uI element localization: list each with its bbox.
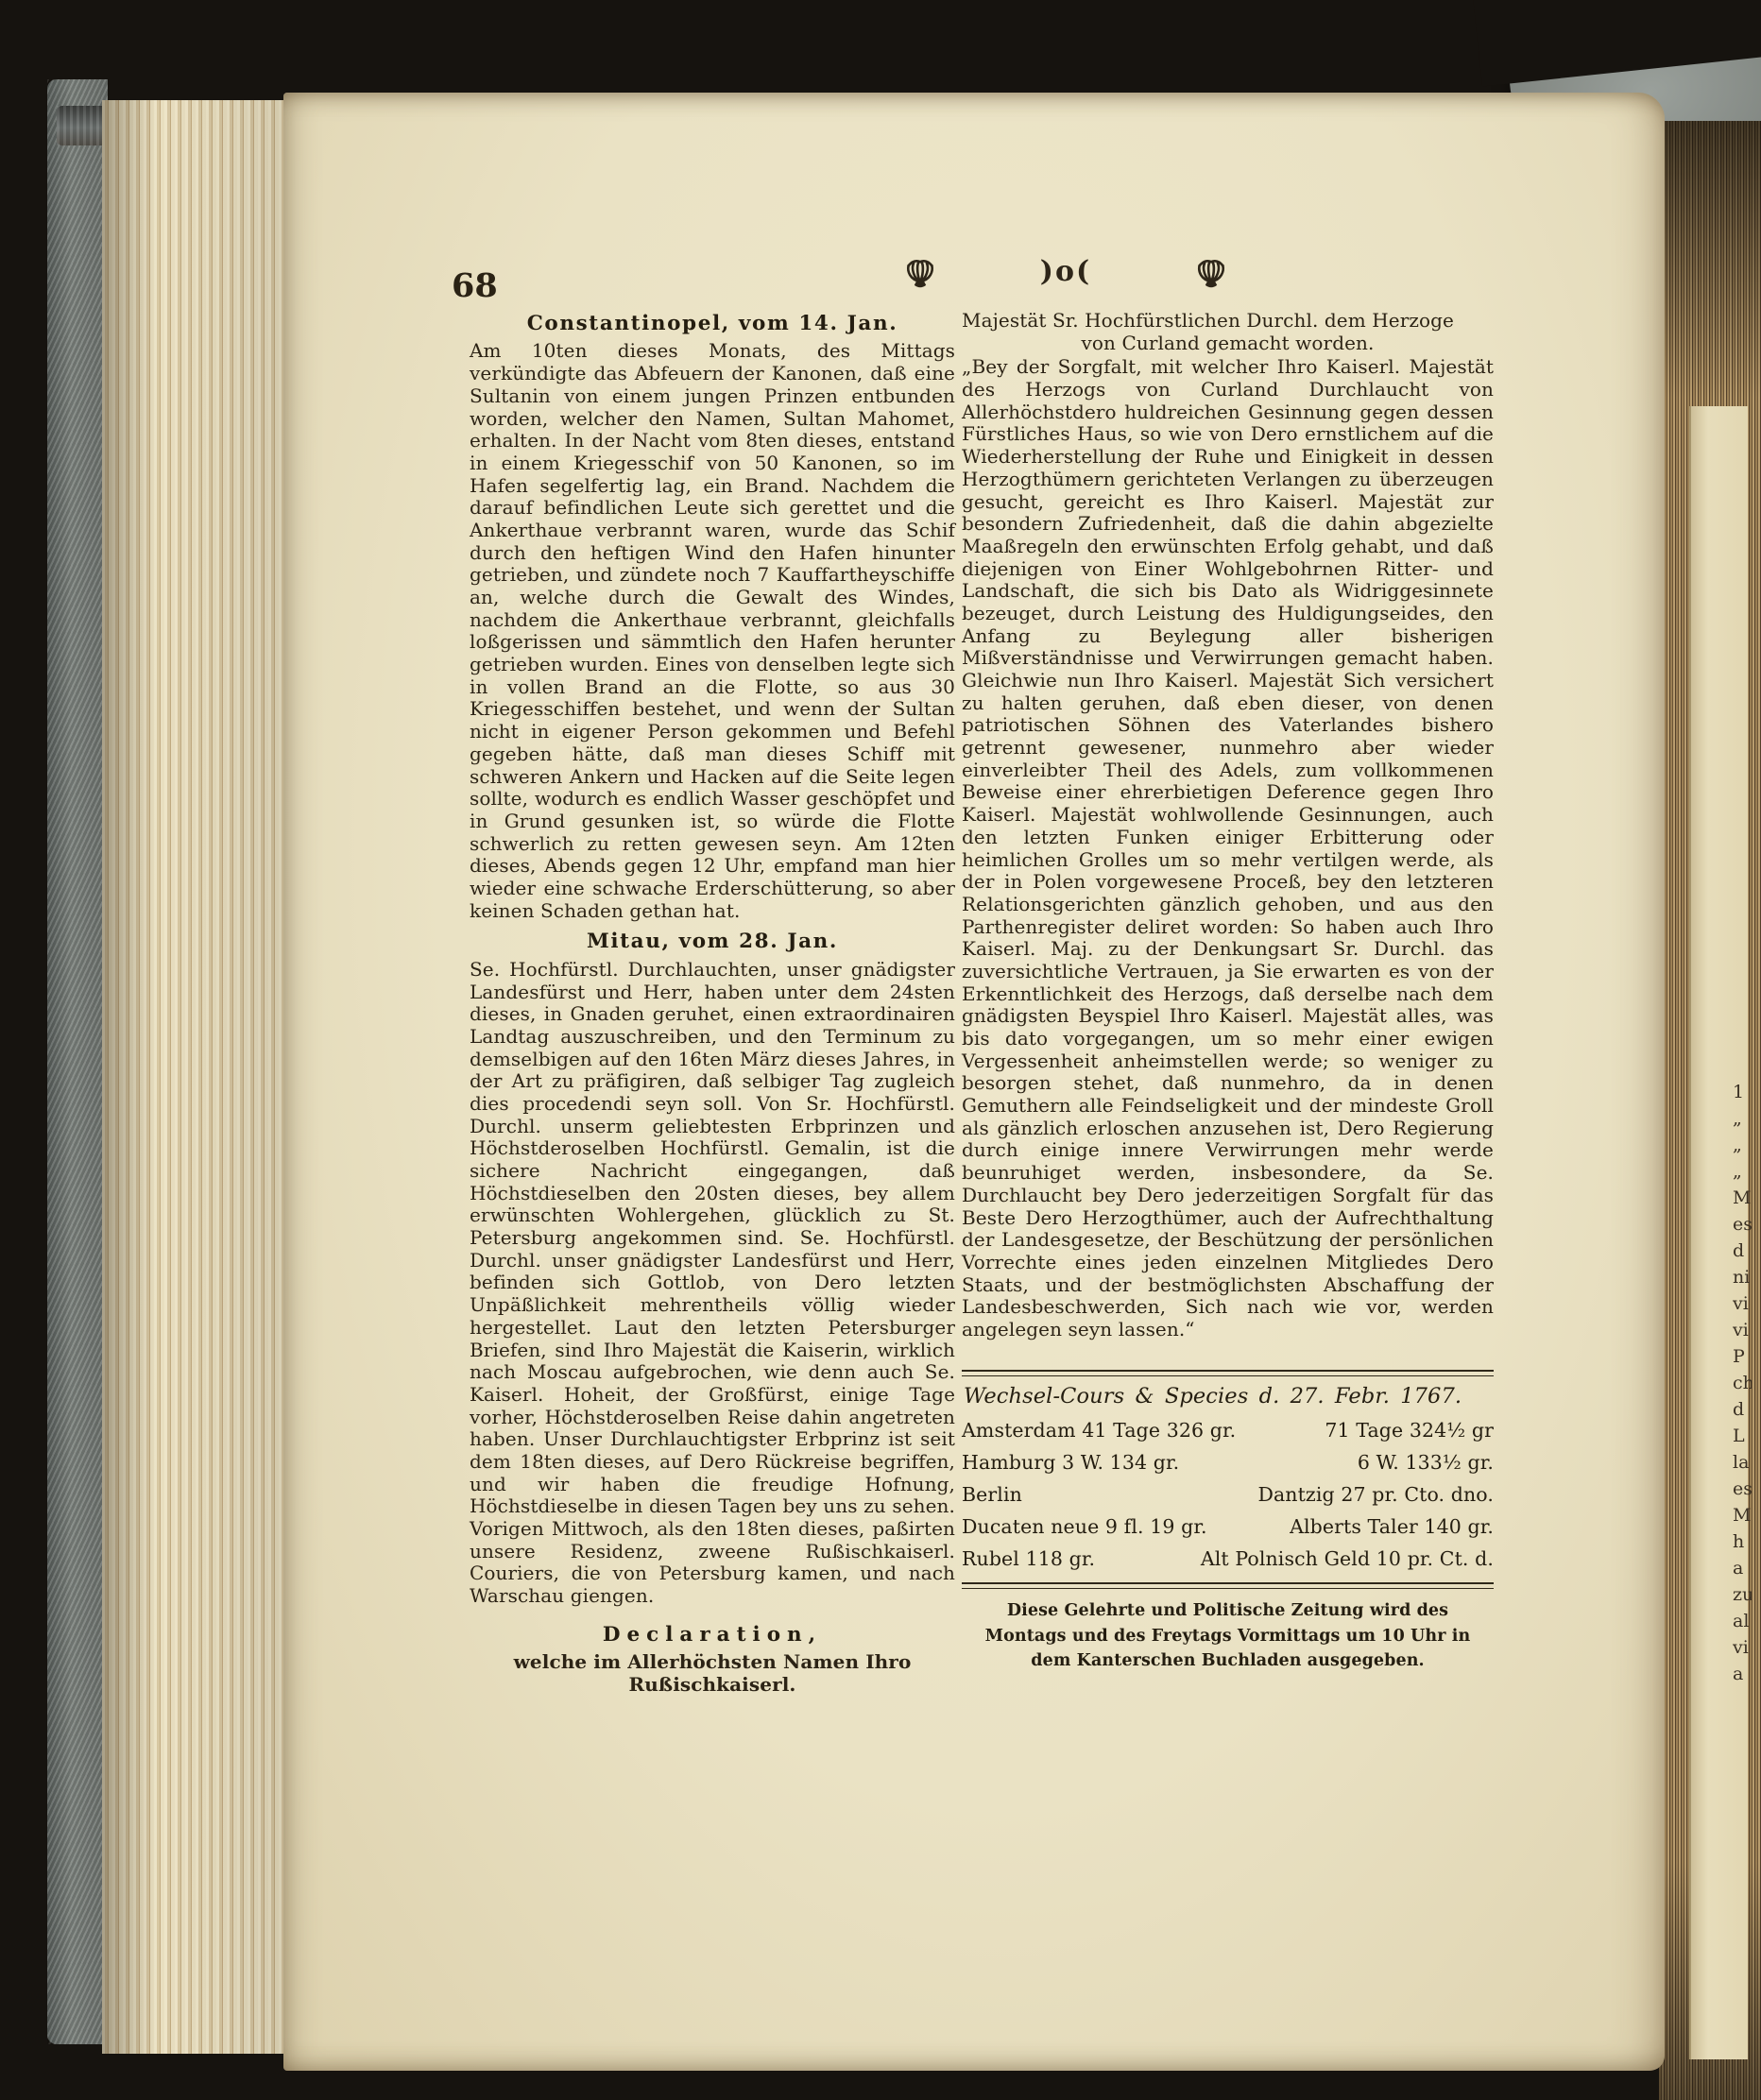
- exchange-cell: 71 Tage 324½ gr: [1325, 1414, 1494, 1446]
- article-heading-declaration: Declaration,: [470, 1623, 955, 1647]
- book-photo-scene: 1 „ „ „ M es d ni vi vi P ch d L la es M…: [0, 0, 1761, 2100]
- exchange-row: Rubel 118 gr. Alt Polnisch Geld 10 pr. C…: [962, 1543, 1494, 1575]
- page-number: 68: [452, 266, 498, 305]
- declaration-body-text: „Bey der Sorgfalt, mit welcher Ihro Kais…: [962, 356, 1494, 1340]
- article-heading-constantinopel: Constantinopel, vom 14. Jan.: [470, 312, 955, 335]
- book-page: 68 )o(: [283, 93, 1665, 2071]
- exchange-cell: Rubel 118 gr.: [962, 1543, 1095, 1575]
- exchange-table-title: Wechsel-Cours & Species d. 27. Febr. 176…: [962, 1384, 1494, 1415]
- exchange-rate-table: Wechsel-Cours & Species d. 27. Febr. 176…: [962, 1370, 1494, 1590]
- shell-ornament-icon: [903, 258, 937, 289]
- next-page-text-fragments: 1 „ „ „ M es d ni vi vi P ch d L la es M…: [1733, 1079, 1752, 1687]
- signature-mark: )o(: [1040, 255, 1091, 288]
- continuation-line-2: von Curland gemacht worden.: [962, 333, 1494, 355]
- article-body-constantinopel: Am 10ten dieses Monats, des Mittags verk…: [470, 340, 955, 922]
- exchange-cell: Ducaten neue 9 fl. 19 gr.: [962, 1511, 1207, 1543]
- exchange-cell: 6 W. 133½ gr.: [1358, 1446, 1494, 1478]
- declaration-subheading: welche im Allerhöchsten Namen Ihro Rußis…: [470, 1651, 955, 1696]
- exchange-cell: Alberts Taler 140 gr.: [1290, 1511, 1494, 1543]
- article-heading-mitau: Mitau, vom 28. Jan.: [470, 930, 955, 953]
- book-cover-cloth-edge: [47, 79, 108, 2044]
- exchange-cell: Amsterdam 41 Tage 326 gr.: [962, 1414, 1236, 1446]
- exchange-cell: Alt Polnisch Geld 10 pr. Ct. d.: [1201, 1543, 1494, 1575]
- exchange-cell: Dantzig 27 pr. Cto. dno.: [1257, 1478, 1494, 1511]
- exchange-row: Ducaten neue 9 fl. 19 gr. Alberts Taler …: [962, 1511, 1494, 1543]
- exchange-row: Berlin Dantzig 27 pr. Cto. dno.: [962, 1478, 1494, 1511]
- exchange-row: Hamburg 3 W. 134 gr. 6 W. 133½ gr.: [962, 1446, 1494, 1478]
- article-body-mitau: Se. Hochfürstl. Durchlauchten, unser gnä…: [470, 959, 955, 1608]
- exchange-row: Amsterdam 41 Tage 326 gr. 71 Tage 324½ g…: [962, 1414, 1494, 1446]
- next-page-sliver: 1 „ „ „ M es d ni vi vi P ch d L la es M…: [1689, 406, 1748, 2059]
- shell-ornament-icon: [1194, 258, 1228, 289]
- double-rule-bottom: [962, 1582, 1494, 1589]
- double-rule-top: [962, 1370, 1494, 1376]
- continuation-line-1: Majestät Sr. Hochfürstlichen Durchl. dem…: [962, 310, 1494, 333]
- right-text-column: Majestät Sr. Hochfürstlichen Durchl. dem…: [962, 310, 1494, 1673]
- publisher-note: Diese Gelehrte und Politische Zeitung wi…: [981, 1598, 1476, 1673]
- exchange-cell: Hamburg 3 W. 134 gr.: [962, 1446, 1179, 1478]
- left-page-stack-edges: [102, 100, 289, 2054]
- exchange-cell: Berlin: [962, 1478, 1022, 1511]
- header-ornaments: )o(: [903, 257, 1228, 290]
- left-text-column: Constantinopel, vom 14. Jan. Am 10ten di…: [470, 312, 955, 1697]
